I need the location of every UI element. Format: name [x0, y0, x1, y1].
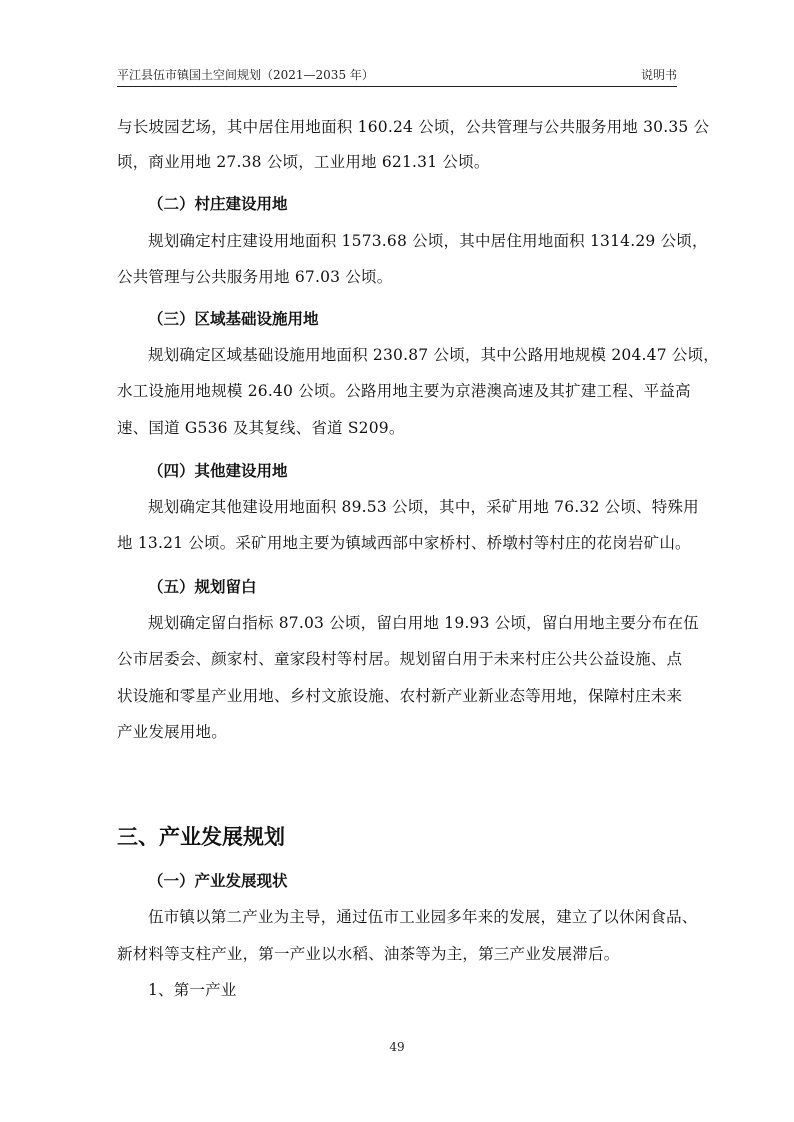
document-title: 平江县伍市镇国土空间规划（2021—2035 年） — [117, 67, 374, 83]
paragraph-line: 新材料等支柱产业，第一产业以水稻、油茶等为主，第三产业发展滞后。 — [117, 944, 682, 964]
paragraph-line: 速、国道 G536 及其复线、省道 S209。 — [117, 418, 682, 438]
paragraph-line: 规划确定其他建设用地面积 89.53 公顷，其中，采矿用地 76.32 公顷、特… — [148, 497, 682, 517]
section-heading-regional-infrastructure: （三）区域基础设施用地 — [148, 309, 319, 329]
page-number: 49 — [0, 1040, 794, 1054]
page-header: 平江县伍市镇国土空间规划（2021—2035 年） 说明书 — [117, 66, 677, 87]
paragraph-line: 顷，商业用地 27.38 公顷，工业用地 621.31 公顷。 — [117, 152, 682, 172]
paragraph-line: 与长坡园艺场，其中居住用地面积 160.24 公顷，公共管理与公共服务用地 30… — [117, 117, 682, 137]
paragraph-line: 状设施和零星产业用地、乡村文旅设施、农村新产业新业态等用地，保障村庄未来 — [117, 686, 682, 706]
paragraph-line: 产业发展用地。 — [117, 722, 682, 742]
paragraph-line: 公共管理与公共服务用地 67.03 公顷。 — [117, 267, 682, 287]
paragraph-line: 规划确定区域基础设施用地面积 230.87 公顷，其中公路用地规模 204.47… — [148, 345, 682, 365]
paragraph-line: 伍市镇以第二产业为主导，通过伍市工业园多年来的发展，建立了以休闲食品、 — [148, 907, 682, 927]
document-type: 说明书 — [641, 67, 677, 83]
paragraph-line: 水工设施用地规模 26.40 公顷。公路用地主要为京港澳高速及其扩建工程、平益高 — [117, 381, 682, 401]
paragraph-line: 规划确定村庄建设用地面积 1573.68 公顷，其中居住用地面积 1314.29… — [148, 231, 682, 251]
section-heading-planning-reserve: （五）规划留白 — [148, 577, 257, 597]
section-heading-village-construction: （二）村庄建设用地 — [148, 194, 288, 214]
paragraph-line: 公市居委会、颜家村、童家段村等村居。规划留白用于未来村庄公共公益设施、点 — [117, 649, 682, 669]
paragraph-line: 规划确定留白指标 87.03 公顷，留白用地 19.93 公顷，留白用地主要分布… — [148, 613, 682, 633]
chapter-title-industry-development: 三、产业发展规划 — [117, 824, 285, 850]
section-heading-other-construction: （四）其他建设用地 — [148, 461, 288, 481]
list-item-primary-industry: 1、第一产业 — [148, 980, 682, 1000]
section-heading-industry-status: （一）产业发展现状 — [148, 871, 288, 891]
paragraph-line: 地 13.21 公顷。采矿用地主要为镇域西部中家桥村、桥墩村等村庄的花岗岩矿山。 — [117, 533, 682, 553]
